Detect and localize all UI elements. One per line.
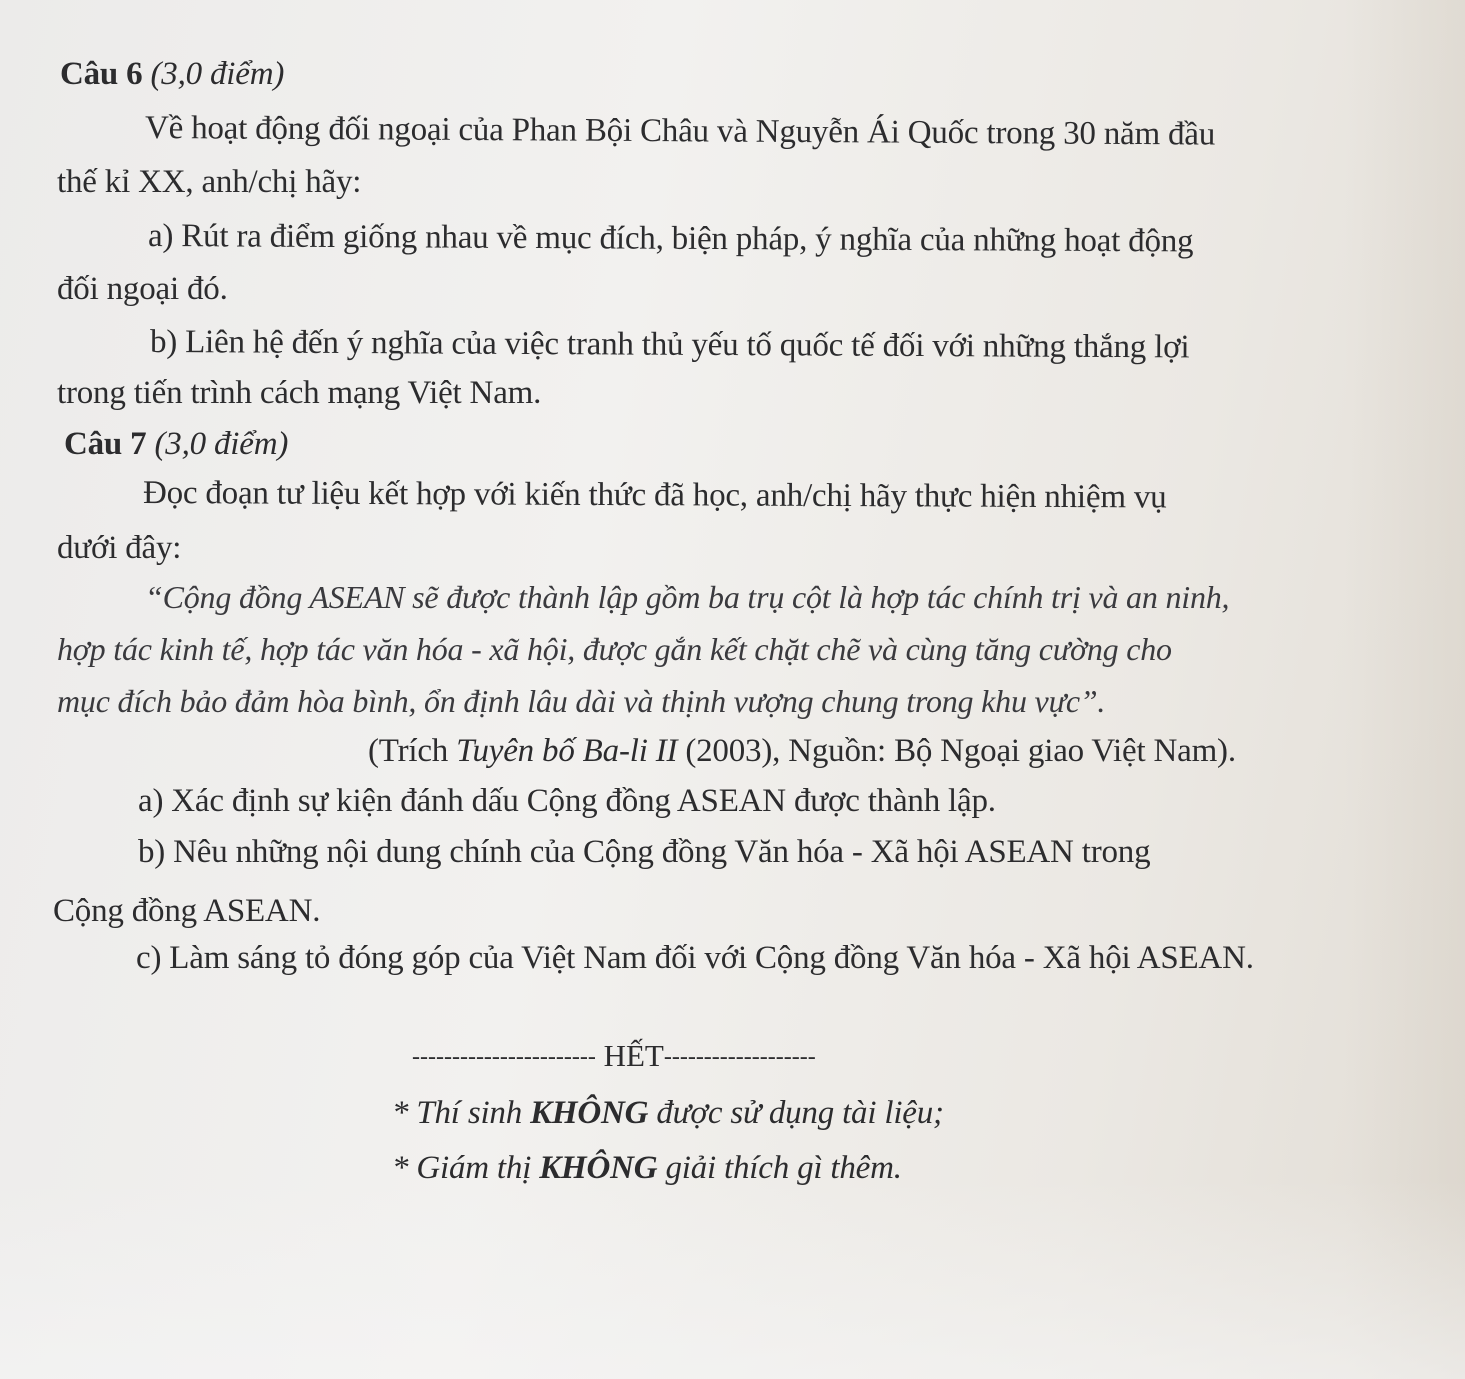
q6-part-a-line1: a) Rút ra điểm giống nhau về mục đích, b…: [148, 220, 1194, 258]
q7-quote-line2: hợp tác kinh tế, hợp tác văn hóa - xã hộ…: [57, 633, 1172, 665]
exam-page: Câu 6 (3,0 điểm) Về hoạt động đối ngoại …: [0, 0, 1465, 1379]
q6-intro-line1: Về hoạt động đối ngoại của Phan Bội Châu…: [145, 112, 1215, 152]
paper-shadow: [1345, 0, 1465, 1379]
q7-points: (3,0 điểm): [155, 426, 289, 462]
q7-intro-line2: dưới đây:: [57, 532, 181, 565]
note2-prefix: * Giám thị: [392, 1150, 539, 1186]
source-suffix: (2003), Nguồn: Bộ Ngoại giao Việt Nam).: [677, 733, 1236, 769]
source-prefix: (Trích: [368, 733, 456, 769]
q6-label: Câu 6: [60, 56, 142, 92]
note-proctor: * Giám thị KHÔNG giải thích gì thêm.: [392, 1152, 902, 1185]
q7-intro-line1: Đọc đoạn tư liệu kết hợp với kiến thức đ…: [143, 477, 1167, 514]
q6-points: (3,0 điểm): [151, 56, 285, 92]
note2-emphasis: KHÔNG: [539, 1150, 657, 1186]
q7-label: Câu 7: [64, 426, 146, 462]
note1-suffix: được sử dụng tài liệu;: [648, 1095, 944, 1131]
q6-part-b-line2: trong tiến trình cách mạng Việt Nam.: [57, 377, 541, 410]
q7-part-a: a) Xác định sự kiện đánh dấu Cộng đồng A…: [138, 785, 996, 818]
note2-suffix: giải thích gì thêm.: [657, 1150, 901, 1186]
q6-part-b-line1: b) Liên hệ đến ý nghĩa của việc tranh th…: [150, 326, 1190, 364]
q6-intro-line2: thế kỉ XX, anh/chị hãy:: [57, 166, 361, 199]
end-word: HẾT: [604, 1038, 664, 1073]
q7-part-c: c) Làm sáng tỏ đóng góp của Việt Nam đối…: [136, 942, 1254, 975]
dashes-left: -----------------------: [412, 1044, 596, 1070]
dashes-right: -------------------: [664, 1044, 816, 1070]
note1-emphasis: KHÔNG: [530, 1095, 648, 1131]
q7-part-b-line2: Cộng đồng ASEAN.: [53, 895, 320, 928]
q6-heading: Câu 6 (3,0 điểm): [60, 58, 284, 91]
q7-quote-line3: mục đích bảo đảm hòa bình, ổn định lâu d…: [57, 685, 1105, 717]
paper-lighting: [0, 1179, 1465, 1379]
q7-part-b-line1: b) Nêu những nội dung chính của Cộng đồn…: [138, 836, 1150, 869]
q7-heading: Câu 7 (3,0 điểm): [64, 428, 288, 461]
q6-part-a-line2: đối ngoại đó.: [57, 273, 228, 306]
end-marker: ----------------------- HẾT-------------…: [412, 1040, 816, 1071]
source-title: Tuyên bố Ba-li II: [456, 733, 677, 769]
note-candidate: * Thí sinh KHÔNG được sử dụng tài liệu;: [392, 1097, 944, 1130]
q7-source-citation: (Trích Tuyên bố Ba-li II (2003), Nguồn: …: [368, 735, 1236, 768]
q7-quote-line1: “Cộng đồng ASEAN sẽ được thành lập gồm b…: [145, 581, 1229, 613]
note1-prefix: * Thí sinh: [392, 1095, 530, 1131]
